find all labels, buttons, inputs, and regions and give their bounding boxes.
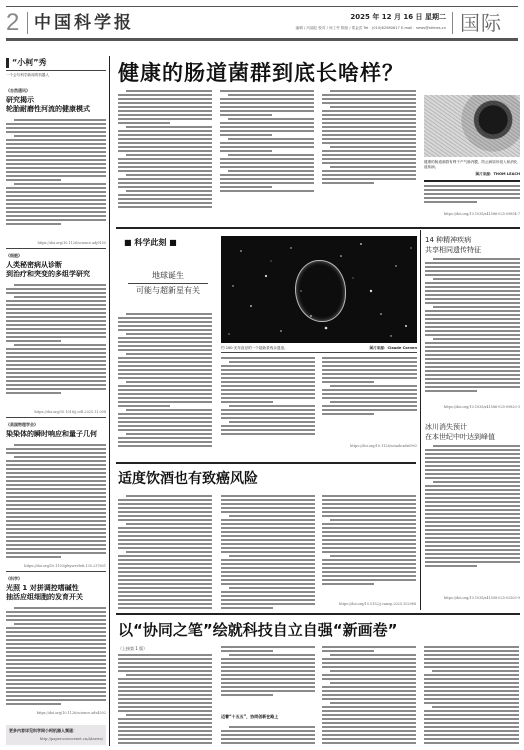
- science-doi-link[interactable]: https://doi.org/10.1126/sciadv.adz6992: [322, 444, 417, 448]
- footer-url-link[interactable]: http://paper.sciencenet.cn/AInews/: [9, 737, 103, 741]
- rule: [221, 352, 417, 353]
- collab-headline[interactable]: 以“协同之笔”绘就科技自立自强“新画卷”: [118, 621, 397, 639]
- drinking-body-col-1: [118, 495, 212, 609]
- article-body: [6, 284, 106, 394]
- article-title[interactable]: 研究揭示 轮胎耐磨性河流的健康模式: [6, 96, 106, 114]
- lead-image-caption: 健康的肠道菌群有利于产气肠内膜，防止病原体侵入和消化道疾病。: [424, 160, 520, 170]
- collab-body-col-4: [424, 646, 519, 744]
- drinking-body-col-2: [221, 495, 315, 609]
- article-source-tag: 《美国物理学会》: [6, 422, 106, 428]
- sidebar-article: https://doi.org/10.1126/science.adj9155 …: [6, 241, 106, 394]
- science-image-credit: 图片来源：Claude Cornen: [330, 346, 417, 351]
- collab-body-col-3: [322, 646, 416, 744]
- gut-microbiota-photo: [424, 95, 520, 157]
- lead-image-credit: 图片来源：THOM LEACH: [424, 172, 520, 177]
- right-col-divider: [420, 230, 421, 610]
- sidebar-article: https://doi.org/10.1103/physrevlett.135.…: [6, 564, 106, 715]
- rule: [424, 180, 520, 182]
- section-rule: [116, 462, 416, 464]
- continued-from-note: （上接第 1 版）: [118, 646, 147, 652]
- sidebar: “小柯”秀 一个会写科学新闻的机器人 《自然通讯》 研究揭示 轮胎耐磨性河流的健…: [6, 58, 106, 225]
- right-article-1-doi[interactable]: https://doi.org/10.1038/s41586-025-09820…: [425, 405, 520, 409]
- collab-body-col-2: [221, 646, 315, 696]
- science-body-col-1: [118, 313, 212, 447]
- right-article-2-headline[interactable]: 冰川消失预计 在本世纪中叶达到峰值: [425, 422, 495, 442]
- lead-headline[interactable]: 健康的肠道菌群到底长啥样？: [118, 60, 404, 86]
- article-doi-link[interactable]: https://doi.org/10.1103/physrevlett.135.…: [6, 564, 106, 568]
- right-article-2-doi[interactable]: https://doi.org/10.1038/s41558-025-02503…: [425, 596, 520, 600]
- sidebar-column-title: “小柯”秀: [6, 58, 106, 68]
- article-doi-link[interactable]: https://doi.org/10.1126/science.adj9155: [6, 241, 106, 245]
- article-title[interactable]: 光照 1 对拼调控嗜碱性 抽活应组细胞的发育开关: [6, 584, 106, 602]
- article-body: [6, 607, 106, 705]
- section-name: 国际: [460, 11, 502, 35]
- masthead-bottom-rule: [6, 38, 518, 41]
- sidebar-footer-box: 更多内容详见科学网小柯机器人频道： http://paper.sciencene…: [6, 725, 106, 745]
- drinking-body-col-3: [322, 495, 416, 585]
- science-subhead-2[interactable]: 可能与超新星有关: [124, 286, 212, 296]
- square-bullet-icon: ■: [166, 238, 176, 247]
- sidebar-rule: [6, 417, 106, 418]
- sidebar-rule: [6, 248, 106, 249]
- sidebar-rule: [6, 70, 106, 71]
- science-body-col-2: [221, 357, 315, 435]
- science-subhead-1[interactable]: 地球诞生: [128, 271, 208, 281]
- lead-body-col-2: [220, 90, 314, 192]
- science-image-caption: 约 100 光年直径的一个超新星残余遗迹。: [221, 346, 288, 351]
- article-source-tag: 《自然通讯》: [6, 88, 106, 94]
- square-bullet-icon: ■: [124, 238, 134, 247]
- supernova-remnant-photo: [221, 236, 417, 343]
- editor-credits: 编辑 / 冯丽妃 校对 / 何工劳 排版 / 郑金武 Tel：(010)6258…: [296, 26, 446, 31]
- collab-body-col-1: [118, 654, 212, 744]
- right-article-1-headline[interactable]: 14 种精神疾病 共享相同遗传特征: [425, 235, 481, 255]
- article-doi-link[interactable]: https://doi.org/10.1126/science.adv4502: [6, 711, 106, 715]
- drinking-headline[interactable]: 适度饮酒也有致癌风险: [118, 470, 258, 488]
- right-article-1-body: [425, 258, 520, 392]
- lead-body-col-1: [118, 90, 212, 208]
- paper-name: 中国科学报: [34, 12, 134, 34]
- column-label-text: 科学此刻: [134, 238, 166, 247]
- sidebar-article: 《自然通讯》 研究揭示 轮胎耐磨性河流的健康模式: [6, 88, 106, 225]
- lead-body-col-3: [322, 90, 416, 184]
- sidebar-article: https://doi.org/10.1016/j.cell.2025.11.0…: [6, 410, 106, 558]
- sidebar-divider: [109, 56, 110, 746]
- lead-body-col-4: [424, 185, 520, 203]
- sidebar-column-subtitle: 一个会写科学新闻的机器人: [6, 73, 106, 78]
- footer-title: 更多内容详见科学网小柯机器人频道：: [9, 728, 103, 734]
- section-divider: [452, 12, 453, 34]
- article-source-tag: 《科学》: [6, 576, 106, 582]
- sidebar-rule: [6, 571, 106, 572]
- masthead-divider: [27, 12, 28, 34]
- science-moment-label: ■ 科学此刻 ■: [124, 237, 177, 248]
- science-body-col-3: [322, 357, 417, 415]
- drinking-doi-link[interactable]: https://doi.org/10.5152/j.canop.2025.102…: [322, 602, 416, 606]
- nebula-shell: [295, 260, 346, 322]
- article-body: [6, 444, 106, 558]
- rule: [128, 283, 208, 284]
- collab-subhead: 迈着“十五五”，协同创新在路上: [221, 714, 278, 720]
- article-title[interactable]: 染染体的瞬时响应和量子几何: [6, 430, 106, 439]
- section-rule: [116, 227, 520, 229]
- masthead-top-rule: [6, 6, 518, 7]
- lead-doi-link[interactable]: https://doi.org/10.1038/s41586-025-09854…: [424, 212, 520, 216]
- issue-date: 2025 年 12 月 16 日 星期二: [350, 12, 446, 22]
- article-title[interactable]: 人类秘密病从诊断 到治疗和突变的多组学研究: [6, 261, 106, 279]
- article-body: [6, 119, 106, 225]
- collab-body-col-2b: [221, 726, 315, 744]
- article-doi-link[interactable]: https://doi.org/10.1016/j.cell.2025.11.0…: [6, 410, 106, 414]
- right-article-2-body: [425, 445, 520, 567]
- article-source-tag: 《细胞》: [6, 253, 106, 259]
- page-number: 2: [6, 10, 19, 36]
- section-rule: [116, 613, 520, 615]
